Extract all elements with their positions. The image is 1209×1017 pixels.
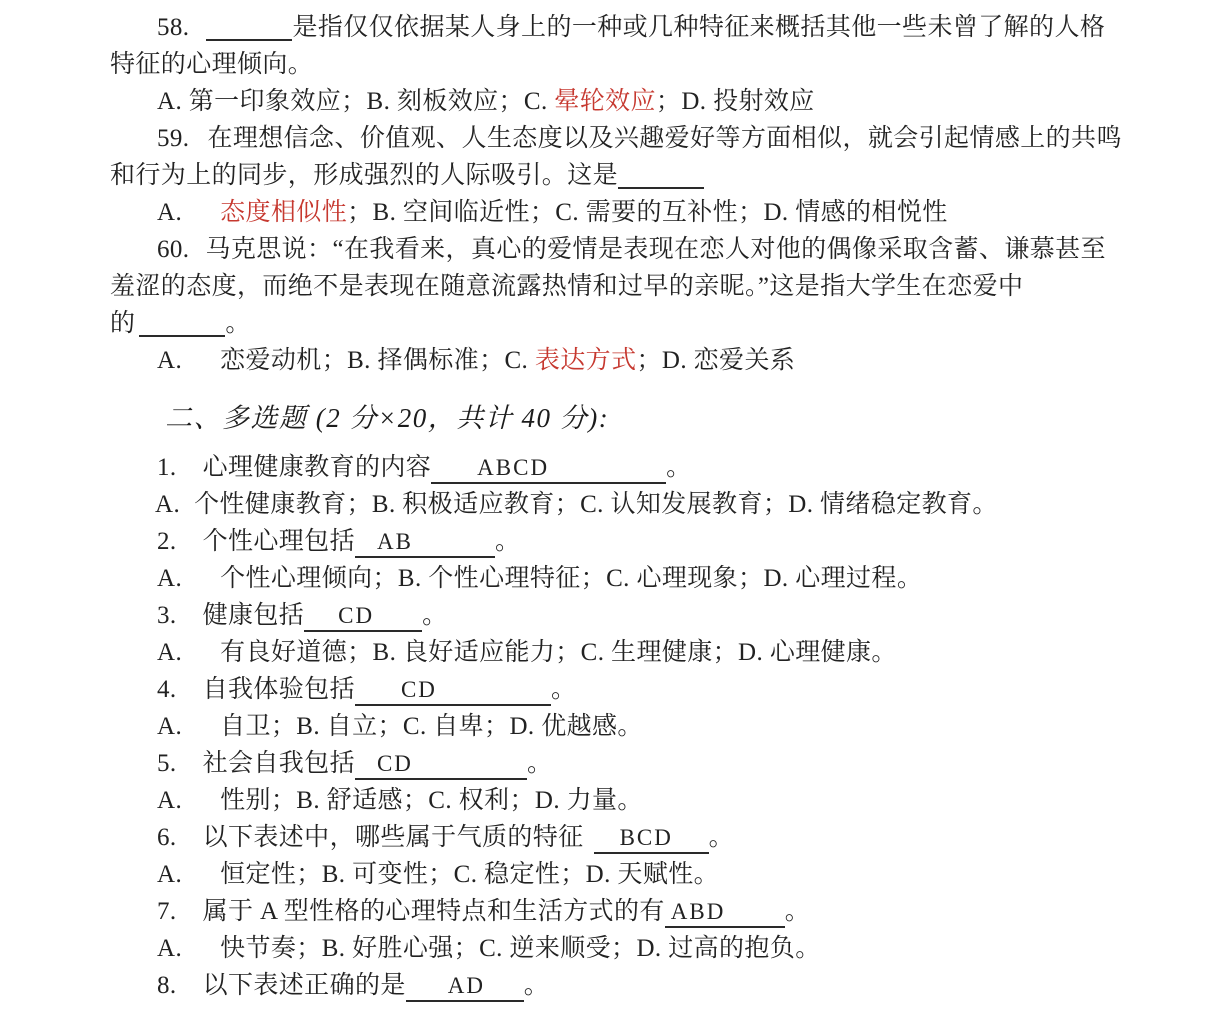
text-run: A. bbox=[157, 199, 182, 226]
document-page: 58.是指仅仅依据某人身上的一种或几种特征来概括其他一些未曾了解的人格特征的心理… bbox=[0, 0, 1209, 1017]
highlighted-answer-text: 态度相似性 bbox=[220, 199, 347, 226]
spacer bbox=[182, 807, 220, 808]
spacer bbox=[135, 330, 139, 331]
text-run: 心理健康教育的内容 bbox=[203, 454, 432, 481]
text-run: 。 bbox=[785, 898, 810, 925]
spacer bbox=[177, 548, 203, 549]
text-run: 是指仅仅依据某人身上的一种或几种特征来概括其他一些未曾了解的人格 bbox=[292, 14, 1105, 41]
text-run: 的 bbox=[110, 310, 135, 337]
text-run: 以下表述正确的是 bbox=[203, 972, 406, 999]
mc3-question: 3.健康包括CD。 bbox=[157, 597, 1169, 634]
text-run: 7. bbox=[157, 898, 177, 925]
answer-blank: CD bbox=[355, 749, 527, 780]
spacer bbox=[177, 770, 203, 771]
spacer bbox=[584, 844, 594, 845]
text-run: A. bbox=[157, 347, 182, 374]
mc7-question: 7.属于 A 型性格的心理特点和生活方式的有ABD。 bbox=[157, 893, 1169, 930]
q59-stem-line2: 和行为上的同步，形成强烈的人际吸引。这是 bbox=[110, 157, 1169, 194]
text-run: ；B. 空间临近性；C. 需要的互补性；D. 情感的相悦性 bbox=[347, 199, 948, 226]
text-run: 社会自我包括 bbox=[203, 750, 355, 777]
spacer bbox=[177, 696, 203, 697]
mc1-options: A.个性健康教育；B. 积极适应教育；C. 认知发展教育；D. 情绪稳定教育。 bbox=[155, 486, 1169, 523]
spacer bbox=[182, 955, 220, 956]
text-run: 个性心理倾向；B. 个性心理特征；C. 心理现象；D. 心理过程。 bbox=[220, 565, 922, 592]
spacer bbox=[189, 34, 206, 35]
text-run: 自卫；B. 自立；C. 自卑；D. 优越感。 bbox=[220, 713, 643, 740]
q59-stem-line1: 59.在理想信念、价值观、人生态度以及兴趣爱好等方面相似，就会引起情感上的共鸣 bbox=[157, 120, 1169, 157]
spacer bbox=[182, 585, 220, 586]
text-run: 4. bbox=[157, 676, 177, 703]
highlighted-answer-text: 晕轮效应 bbox=[554, 88, 656, 115]
q60-stem-line1: 60.马克思说：“在我看来，真心的爱情是表现在恋人对他的偶像采取含蓄、谦慕甚至 bbox=[157, 231, 1169, 268]
spacer bbox=[182, 659, 220, 660]
answer-blank: AB bbox=[355, 527, 495, 558]
answer-blank bbox=[206, 39, 292, 41]
text-run: ；D. 恋爱关系 bbox=[636, 347, 795, 374]
mc2-options: A.个性心理倾向；B. 个性心理特征；C. 心理现象；D. 心理过程。 bbox=[157, 560, 1169, 597]
answer-blank bbox=[618, 187, 704, 189]
spacer bbox=[180, 511, 194, 512]
text-run: 特征的心理倾向。 bbox=[110, 51, 313, 78]
text-run: 6. bbox=[157, 824, 177, 851]
text-run: A. bbox=[157, 639, 182, 666]
filled-answer: AD bbox=[406, 971, 485, 1000]
text-run: 。 bbox=[524, 972, 549, 999]
text-run: 在理想信念、价值观、人生态度以及兴趣爱好等方面相似，就会引起情感上的共鸣 bbox=[207, 125, 1121, 152]
text-run: 个性健康教育；B. 积极适应教育；C. 认知发展教育；D. 情绪稳定教育。 bbox=[194, 491, 998, 518]
filled-answer: ABD bbox=[665, 897, 726, 926]
q59-options: A.态度相似性；B. 空间临近性；C. 需要的互补性；D. 情感的相悦性 bbox=[157, 194, 1169, 231]
q60-options: A.恋爱动机；B. 择偶标准；C. 表达方式；D. 恋爱关系 bbox=[157, 342, 1169, 379]
text-run: 1. bbox=[157, 454, 177, 481]
text-run: 羞涩的态度，而绝不是表现在随意流露热情和过早的亲昵。”这是指大学生在恋爱中 bbox=[110, 273, 1023, 300]
mc4-question: 4.自我体验包括CD。 bbox=[157, 671, 1169, 708]
text-run: 。 bbox=[666, 454, 691, 481]
spacer bbox=[182, 881, 220, 882]
filled-answer: CD bbox=[355, 749, 413, 778]
answer-blank: ABD bbox=[665, 897, 785, 928]
highlighted-answer-text: 表达方式 bbox=[535, 347, 637, 374]
mc7-options: A.快节奏；B. 好胜心强；C. 逆来顺受；D. 过高的抱负。 bbox=[157, 930, 1169, 967]
text-run: 。 bbox=[422, 602, 447, 629]
filled-answer: CD bbox=[355, 675, 437, 704]
text-run: 3. bbox=[157, 602, 177, 629]
text-run: 自我体验包括 bbox=[203, 676, 355, 703]
text-run: 个性心理包括 bbox=[203, 528, 355, 555]
filled-answer: AB bbox=[355, 527, 413, 556]
text-run: ；D. 投射效应 bbox=[656, 88, 815, 115]
answer-blank: CD bbox=[355, 675, 551, 706]
text-run: 有良好道德；B. 良好适应能力；C. 生理健康；D. 心理健康。 bbox=[220, 639, 897, 666]
q60-stem-line2: 羞涩的态度，而绝不是表现在随意流露热情和过早的亲昵。”这是指大学生在恋爱中 bbox=[110, 268, 1169, 305]
q58-stem-line2: 特征的心理倾向。 bbox=[110, 46, 1169, 83]
mc5-question: 5.社会自我包括CD。 bbox=[157, 745, 1169, 782]
spacer bbox=[189, 145, 207, 146]
text-run: 快节奏；B. 好胜心强；C. 逆来顺受；D. 过高的抱负。 bbox=[220, 935, 821, 962]
filled-answer: ABCD bbox=[431, 453, 549, 482]
text-run: A. bbox=[157, 713, 182, 740]
spacer bbox=[182, 733, 220, 734]
q58-stem-line1: 58.是指仅仅依据某人身上的一种或几种特征来概括其他一些未曾了解的人格 bbox=[157, 9, 1169, 46]
mc6-question: 6.以下表述中，哪些属于气质的特征BCD。 bbox=[157, 819, 1169, 856]
spacer bbox=[177, 992, 203, 993]
mc3-options: A.有良好道德；B. 良好适应能力；C. 生理健康；D. 心理健康。 bbox=[157, 634, 1169, 671]
text-run: 二、多选题 (2 分×20，共计 40 分): bbox=[165, 403, 609, 433]
text-run: 。 bbox=[495, 528, 520, 555]
mc8-question: 8.以下表述正确的是AD。 bbox=[157, 967, 1169, 1004]
mc2-question: 2.个性心理包括AB。 bbox=[157, 523, 1169, 560]
spacer bbox=[182, 367, 220, 368]
text-run: A. bbox=[155, 491, 180, 518]
answer-blank: BCD bbox=[594, 823, 709, 854]
mc1-question: 1.心理健康教育的内容ABCD。 bbox=[157, 449, 1169, 486]
text-run: 马克思说：“在我看来，真心的爱情是表现在恋人对他的偶像采取含蓄、谦慕甚至 bbox=[205, 236, 1106, 263]
text-run: 60. bbox=[157, 236, 189, 263]
text-run: 。 bbox=[527, 750, 552, 777]
text-run: A. bbox=[157, 935, 182, 962]
filled-answer: BCD bbox=[594, 823, 673, 852]
text-run: A. bbox=[157, 565, 182, 592]
answer-blank: ABCD bbox=[431, 453, 666, 484]
answer-blank: AD bbox=[406, 971, 524, 1002]
text-run: 和行为上的同步，形成强烈的人际吸引。这是 bbox=[110, 162, 618, 189]
text-run: 5. bbox=[157, 750, 177, 777]
section-2-heading: 二、多选题 (2 分×20，共计 40 分): bbox=[165, 393, 1169, 443]
filled-answer: CD bbox=[304, 601, 374, 630]
q58-options: A. 第一印象效应；B. 刻板效应；C. 晕轮效应；D. 投射效应 bbox=[157, 83, 1169, 120]
text-run: 恋爱动机；B. 择偶标准；C. bbox=[220, 347, 535, 374]
text-run: 恒定性；B. 可变性；C. 稳定性；D. 天赋性。 bbox=[220, 861, 719, 888]
text-run: A. bbox=[157, 861, 182, 888]
text-run: 。 bbox=[551, 676, 576, 703]
answer-blank: CD bbox=[304, 601, 422, 632]
text-run: A. bbox=[157, 787, 182, 814]
text-run: 以下表述中，哪些属于气质的特征 bbox=[203, 824, 584, 851]
spacer bbox=[177, 622, 203, 623]
text-run: 59. bbox=[157, 125, 189, 152]
text-run: 58. bbox=[157, 14, 189, 41]
spacer bbox=[177, 474, 203, 475]
text-run: 属于 A 型性格的心理特点和生活方式的有 bbox=[203, 898, 665, 925]
spacer bbox=[177, 844, 203, 845]
text-run: 健康包括 bbox=[203, 602, 305, 629]
text-run: 性别；B. 舒适感；C. 权利；D. 力量。 bbox=[220, 787, 643, 814]
mc6-options: A.恒定性；B. 可变性；C. 稳定性；D. 天赋性。 bbox=[157, 856, 1169, 893]
spacer bbox=[177, 918, 203, 919]
spacer bbox=[182, 219, 220, 220]
answer-blank bbox=[139, 335, 225, 337]
text-run: 8. bbox=[157, 972, 177, 999]
q60-stem-line3: 的。 bbox=[110, 305, 1169, 342]
text-run: 。 bbox=[225, 310, 250, 337]
mc4-options: A.自卫；B. 自立；C. 自卑；D. 优越感。 bbox=[157, 708, 1169, 745]
text-run: 2. bbox=[157, 528, 177, 555]
text-run: 。 bbox=[709, 824, 734, 851]
spacer bbox=[189, 256, 205, 257]
text-run: A. 第一印象效应；B. 刻板效应；C. bbox=[157, 88, 554, 115]
mc5-options: A.性别；B. 舒适感；C. 权利；D. 力量。 bbox=[157, 782, 1169, 819]
